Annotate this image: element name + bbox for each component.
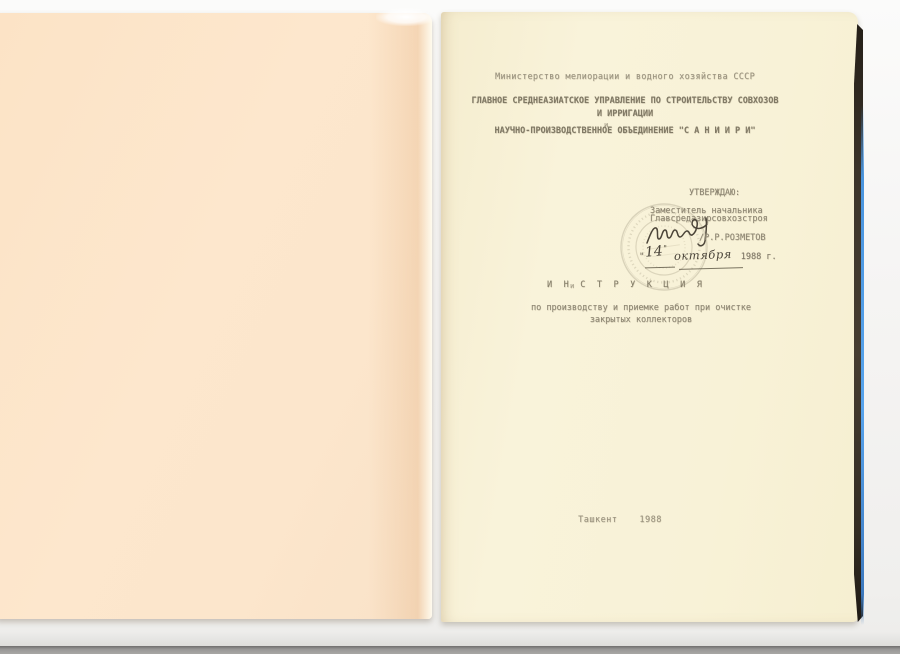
- title-subtitle-line-2: закрытых коллекторов: [501, 315, 781, 326]
- left-page: [0, 13, 432, 619]
- page-edge-blue-line: [861, 105, 864, 625]
- date-close-quote: ": [663, 244, 667, 253]
- ministry-line: Министерство мелиорации и водного хозяйс…: [449, 72, 801, 83]
- left-page-gutter-shade: [368, 13, 432, 619]
- org-line-1: ГЛАВНОЕ СРЕДНЕАЗИАТСКОЕ УПРАВЛЕНИЕ ПО СТ…: [449, 96, 801, 107]
- approver-name: Р.Р.РОЗМЕТОВ: [704, 233, 765, 243]
- org-line-2: И ИРРИГАЦИИ: [449, 109, 801, 120]
- title-subtitle-line-1: по производству и приемке работ при очис…: [501, 303, 781, 314]
- scanned-book-spread: Министерство мелиорации и водного хозяйс…: [0, 0, 900, 654]
- scanner-bottom-band: [0, 646, 900, 654]
- org-line-3: НАУЧНО-ПРОИЗВОДСТВЕННОЕ ОБЪЕДИНЕНИЕ "С А…: [449, 126, 801, 137]
- imprint-city: Ташкент: [578, 515, 617, 525]
- approval-date-line: "14"октября1988 г.: [639, 250, 777, 268]
- handwritten-month: октября: [674, 249, 732, 262]
- approve-label: УТВЕРЖДАЮ:: [689, 188, 740, 199]
- date-open-quote: ": [639, 252, 644, 262]
- imprint-line: Ташкент1988: [500, 515, 740, 526]
- typed-year: 1988 г.: [741, 252, 777, 262]
- approver-name-line: /Р.Р.РОЗМЕТОВ: [699, 233, 766, 244]
- scanner-bottom-shadow: [0, 632, 900, 646]
- month-underline: [679, 267, 743, 270]
- handwritten-day: 14: [645, 246, 664, 259]
- imprint-year: 1988: [639, 515, 661, 525]
- right-title-page: Министерство мелиорации и водного хозяйс…: [441, 12, 858, 622]
- document-title: И Н С Т Р У К Ц И Я: [501, 280, 751, 291]
- spine-highlight: [376, 8, 436, 26]
